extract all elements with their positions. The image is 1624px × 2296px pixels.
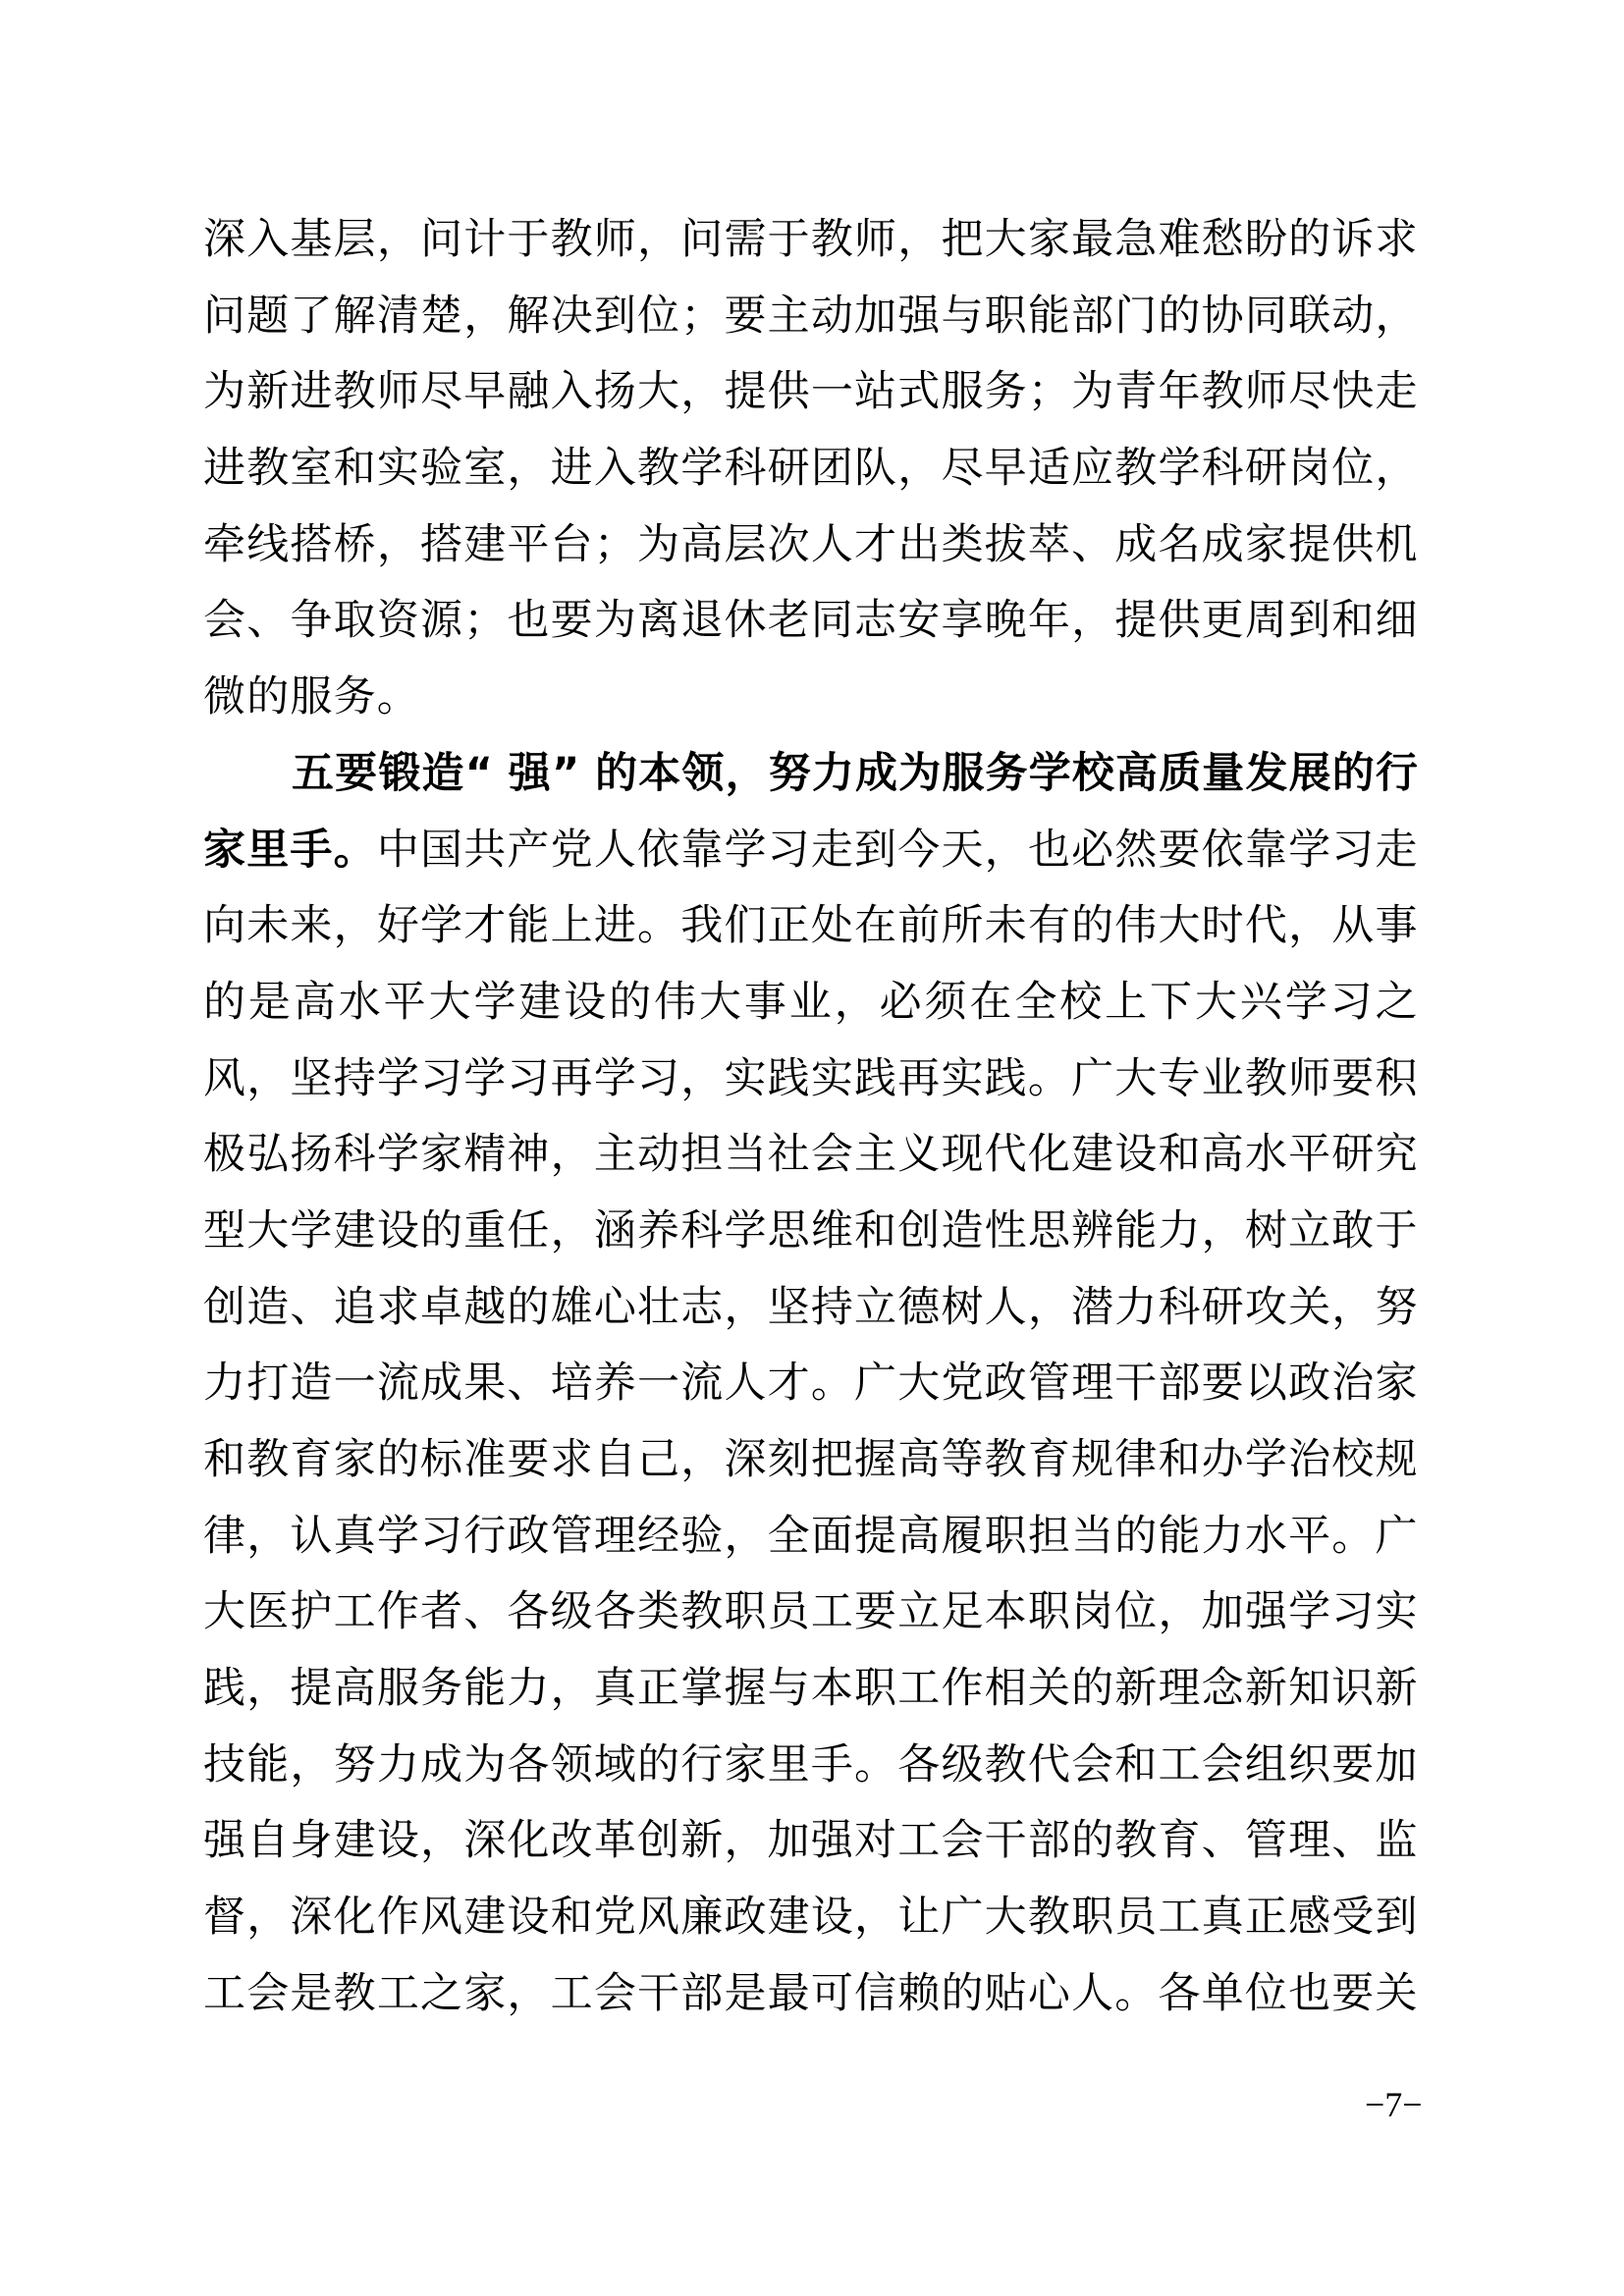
char: 科 — [724, 439, 767, 498]
char: 养 — [594, 1354, 637, 1413]
char: 极 — [203, 1125, 246, 1184]
char: 进 — [594, 896, 637, 955]
char: ， — [290, 1735, 333, 1794]
char: 科 — [1202, 439, 1245, 498]
char: 青 — [1114, 362, 1158, 421]
text-line: 风，坚持学习学习再学习，实践实践再实践。广大专业教师要积 — [203, 1049, 1419, 1126]
char: 实 — [811, 1049, 854, 1108]
char: 教 — [246, 1430, 290, 1489]
text-line: 牵线搭桥，搭建平台；为高层次人才出类拔萃、成名成家提供机 — [203, 515, 1419, 592]
char: ， — [897, 439, 941, 498]
char: 学 — [463, 1049, 507, 1108]
text-line: 强自身建设，深化改革创新，加强对工会干部的教育、管理、监 — [203, 1811, 1419, 1888]
char: 践 — [854, 1049, 897, 1108]
char: 计 — [463, 210, 507, 269]
char: 人 — [1071, 1964, 1114, 2023]
char: 教 — [1245, 1049, 1288, 1108]
char: 加 — [1375, 1735, 1418, 1794]
char: 工 — [203, 1964, 246, 2023]
char: 成 — [1114, 515, 1158, 574]
char: 搭 — [420, 515, 463, 574]
char: 各 — [507, 1582, 550, 1641]
char: 念 — [1202, 1659, 1245, 1718]
char: 在 — [854, 896, 897, 955]
char: 为 — [463, 1735, 507, 1794]
bold-char: 展 — [1289, 744, 1332, 803]
char: ， — [724, 1811, 767, 1870]
char: 习 — [1331, 1582, 1375, 1641]
char: 部 — [1071, 287, 1114, 346]
char: 型 — [203, 1201, 246, 1260]
paragraph-heading-line: 五要锻造“强”的本领，努力成为服务学校高质量发展的行 — [203, 744, 1419, 821]
char: ， — [680, 1049, 724, 1108]
text-line-content: 风，坚持学习学习再学习，实践实践再实践。广大专业教师要积 — [203, 1049, 1419, 1108]
char: 退 — [680, 591, 724, 650]
char: 天 — [941, 821, 984, 880]
char: 年 — [1028, 591, 1071, 650]
char: 工 — [551, 1964, 594, 2023]
char: 学 — [724, 821, 767, 880]
bold-char: ” — [552, 744, 595, 803]
char: 等 — [941, 1430, 984, 1489]
char: 经 — [637, 1507, 680, 1566]
char: 德 — [897, 1278, 941, 1337]
text-line: 型大学建设的重任，涵养科学思维和创造性思辨能力，树立敢于 — [203, 1201, 1419, 1278]
char: 设 — [507, 1888, 550, 1947]
char: 们 — [724, 896, 767, 955]
bold-char: 的 — [595, 744, 638, 803]
char: 提 — [854, 1507, 897, 1566]
char: ， — [1331, 1278, 1375, 1337]
bold-char: 五 — [292, 744, 335, 803]
char: 和 — [203, 1430, 246, 1489]
char: 应 — [1071, 439, 1114, 498]
char: 主 — [854, 1125, 897, 1184]
char: 一 — [811, 362, 854, 421]
char: 最 — [768, 1964, 811, 2023]
char: 平 — [384, 973, 427, 1032]
char: 上 — [551, 896, 594, 955]
char: 须 — [925, 973, 968, 1032]
char: ， — [246, 1659, 290, 1718]
char: 学 — [594, 1049, 637, 1108]
char: 为 — [1071, 362, 1114, 421]
char: 家 — [1375, 1354, 1418, 1413]
bold-char: 量 — [1202, 744, 1245, 803]
char: 和 — [1114, 1735, 1158, 1794]
char: ， — [1288, 896, 1331, 955]
char: 才 — [463, 896, 507, 955]
char: 线 — [246, 515, 290, 574]
char: 来 — [290, 896, 333, 955]
char: 面 — [811, 1507, 854, 1566]
text-line-content: 工会是教工之家，工会干部是最可信赖的贴心人。各单位也要关 — [203, 1964, 1419, 2023]
char: 老 — [768, 591, 811, 650]
text-line-content: 技能，努力成为各领域的行家里手。各级教代会和工会组织要加 — [203, 1735, 1419, 1794]
char: 走 — [811, 821, 854, 880]
char: 理 — [1158, 1659, 1201, 1718]
char: 主 — [768, 287, 811, 346]
char: 力 — [377, 1735, 420, 1794]
char: 兴 — [1240, 973, 1283, 1032]
char: 解 — [507, 287, 550, 346]
char: 职 — [1071, 1888, 1114, 1947]
text-line-content: 的是高水平大学建设的伟大事业，必须在全校上下大兴学习之 — [203, 973, 1419, 1032]
char: 。 — [377, 667, 420, 726]
char: 能 — [1028, 287, 1071, 346]
char: 业 — [1202, 1049, 1245, 1108]
char: 育 — [290, 1430, 333, 1489]
char: 必 — [1071, 821, 1114, 880]
char: 共 — [463, 821, 507, 880]
char: 学 — [377, 1507, 420, 1566]
char: 能 — [463, 1659, 507, 1718]
char: 深 — [290, 1888, 333, 1947]
char: 校 — [1059, 973, 1103, 1032]
char: 干 — [985, 1811, 1028, 1870]
char: 能 — [1114, 1201, 1158, 1260]
char: 工 — [1158, 1888, 1201, 1947]
char: 立 — [897, 1582, 941, 1641]
char: 学 — [420, 896, 463, 955]
text-line: 问题了解清楚，解决到位；要主动加强与职能部门的协同联动， — [203, 287, 1419, 363]
char: 水 — [1245, 1507, 1288, 1566]
char: 要 — [551, 591, 594, 650]
char: 验 — [420, 439, 463, 498]
char: 也 — [1288, 1964, 1331, 2023]
text-line: 工会是教工之家，工会干部是最可信赖的贴心人。各单位也要关 — [203, 1964, 1419, 2041]
char: 里 — [768, 1735, 811, 1794]
char: 在 — [969, 973, 1012, 1032]
char: 休 — [724, 591, 767, 650]
char: 动 — [811, 287, 854, 346]
char: ， — [377, 210, 420, 269]
char: 研 — [1202, 1278, 1245, 1337]
bold-char: 校 — [1072, 744, 1115, 803]
text-line-content: 督，深化作风建设和党风廉政建设，让广大教职员工真正感受到 — [203, 1888, 1419, 1947]
bold-char: 高 — [1115, 744, 1159, 803]
char: 努 — [1375, 1278, 1418, 1337]
char: 部 — [680, 1964, 724, 2023]
text-line: 践，提高服务能力，真正掌握与本职工作相关的新理念新知识新 — [203, 1659, 1419, 1735]
char: 必 — [880, 973, 923, 1032]
char: 于 — [507, 210, 550, 269]
char: 风 — [420, 1888, 463, 1947]
char: 的 — [1158, 287, 1201, 346]
char: ， — [1071, 591, 1114, 650]
char: 入 — [551, 362, 594, 421]
char: 建 — [463, 515, 507, 574]
char: 的 — [1071, 1659, 1114, 1718]
char: 培 — [551, 1354, 594, 1413]
char: 供 — [768, 362, 811, 421]
char: 化 — [507, 1811, 550, 1870]
char: 。 — [1331, 1507, 1375, 1566]
char: 强 — [811, 1811, 854, 1870]
char: 贴 — [985, 1964, 1028, 2023]
char: 需 — [724, 210, 767, 269]
char: 受 — [1331, 1888, 1375, 1947]
char: 加 — [854, 287, 897, 346]
char: 领 — [551, 1735, 594, 1794]
char: 进 — [551, 439, 594, 498]
char: ， — [835, 973, 878, 1032]
bold-char: 服 — [942, 744, 985, 803]
char: 组 — [1245, 1735, 1288, 1794]
text-line-content: 力打造一流成果、培养一流人才。广大党政管理干部要以政治家 — [203, 1354, 1419, 1413]
char: 师 — [1288, 1049, 1331, 1108]
char: 到 — [1375, 1888, 1418, 1947]
char: 到 — [854, 821, 897, 880]
char: 和 — [551, 1888, 594, 1947]
text-line: 律，认真学习行政管理经验，全面提高履职担当的能力水平。广 — [203, 1507, 1419, 1583]
char: 的 — [941, 1964, 984, 2023]
char: 协 — [1202, 287, 1245, 346]
char: 让 — [897, 1888, 941, 1947]
char: 深 — [203, 210, 246, 269]
char: 解 — [334, 287, 377, 346]
char: 要 — [724, 287, 767, 346]
char: 革 — [594, 1811, 637, 1870]
char: 会 — [1071, 1735, 1114, 1794]
char: 安 — [897, 591, 941, 650]
char: 涵 — [594, 1201, 637, 1260]
char: 树 — [941, 1278, 984, 1337]
char: 习 — [1331, 821, 1375, 880]
bold-char: 锻 — [378, 744, 421, 803]
char: 主 — [594, 1125, 637, 1184]
char: 实 — [1375, 1582, 1418, 1641]
char: 楚 — [420, 287, 463, 346]
page-number: −7− — [1365, 2085, 1423, 2124]
char: 学 — [1285, 973, 1328, 1032]
char: 、 — [463, 1582, 507, 1641]
char: 规 — [1071, 1430, 1114, 1489]
char: 赖 — [897, 1964, 941, 2023]
char: 能 — [246, 1735, 290, 1794]
char: 广 — [1375, 1507, 1418, 1566]
char: 教 — [637, 439, 680, 498]
char: 要 — [1158, 821, 1201, 880]
char: 科 — [1158, 1278, 1201, 1337]
char: 员 — [768, 1582, 811, 1641]
char: 教 — [985, 1430, 1028, 1489]
char: 持 — [334, 1049, 377, 1108]
char: 代 — [1245, 896, 1288, 955]
char: 行 — [463, 1507, 507, 1566]
char: 层 — [334, 210, 377, 269]
char: 技 — [203, 1735, 246, 1794]
char: 广 — [941, 1888, 984, 1947]
char: 家 — [334, 1430, 377, 1489]
text-line: 深入基层，问计于教师，问需于教师，把大家最急难愁盼的诉求 — [203, 210, 1419, 287]
char: 的 — [246, 667, 290, 726]
char: 学 — [680, 439, 724, 498]
char: 融 — [507, 362, 550, 421]
char: ， — [551, 1201, 594, 1260]
text-line: 进教室和实验室，进入教学科研团队，尽早适应教学科研岗位， — [203, 439, 1419, 515]
char: 积 — [1375, 1049, 1418, 1108]
char: 人 — [594, 821, 637, 880]
char: 之 — [420, 1964, 463, 2023]
char: 、 — [246, 591, 290, 650]
text-line: 力打造一流成果、培养一流人才。广大党政管理干部要以政治家 — [203, 1354, 1419, 1430]
char: ， — [724, 1278, 767, 1337]
char: 盼 — [1245, 210, 1288, 269]
char: 次 — [768, 515, 811, 574]
char: 的 — [1071, 896, 1114, 955]
bold-char: 强 — [509, 744, 552, 803]
char: 医 — [246, 1582, 290, 1641]
char: 求 — [551, 1430, 594, 1489]
char: 务 — [985, 362, 1028, 421]
char: 从 — [1331, 896, 1375, 955]
char: 大 — [699, 973, 742, 1032]
char: 干 — [1114, 1354, 1158, 1413]
char: 事 — [744, 973, 787, 1032]
char: 高 — [897, 1507, 941, 1566]
char: 专 — [1158, 1049, 1201, 1108]
char: 越 — [463, 1278, 507, 1337]
char: 入 — [246, 210, 290, 269]
char: 造 — [246, 1278, 290, 1337]
char: 各 — [507, 1735, 550, 1794]
char: 社 — [768, 1125, 811, 1184]
char: 岗 — [1071, 1582, 1114, 1641]
char: 再 — [897, 1049, 941, 1108]
char: ， — [985, 821, 1028, 880]
char: 牵 — [203, 515, 246, 574]
char: 适 — [1028, 439, 1071, 498]
char: 中 — [377, 821, 420, 880]
char: 思 — [1028, 1201, 1071, 1260]
char: 依 — [1202, 821, 1245, 880]
char: 正 — [637, 1659, 680, 1718]
char: 育 — [1158, 1811, 1201, 1870]
char: 理 — [1288, 1811, 1331, 1870]
char: ， — [334, 896, 377, 955]
char: 研 — [768, 439, 811, 498]
char: 雄 — [551, 1278, 594, 1337]
char: 学 — [724, 1201, 767, 1260]
char: ； — [680, 287, 724, 346]
char: 强 — [203, 1811, 246, 1870]
char: 建 — [768, 1888, 811, 1947]
char: 担 — [680, 1125, 724, 1184]
char: 教 — [985, 1735, 1028, 1794]
char: 扬 — [594, 362, 637, 421]
char: 廉 — [680, 1888, 724, 1947]
char: 维 — [811, 1201, 854, 1260]
char: 践 — [768, 1049, 811, 1108]
bold-char: “ — [465, 744, 509, 803]
char: 设 — [377, 1811, 420, 1870]
char: 类 — [637, 1582, 680, 1641]
char: 能 — [1158, 1507, 1201, 1566]
char: 创 — [203, 1278, 246, 1337]
char: 关 — [1288, 1278, 1331, 1337]
char: 。 — [1028, 1049, 1071, 1108]
char: 基 — [290, 210, 333, 269]
char: 于 — [768, 210, 811, 269]
char: 正 — [768, 896, 811, 955]
char: 今 — [897, 821, 941, 880]
char: 于 — [1375, 1201, 1418, 1260]
char: 思 — [768, 1201, 811, 1260]
char: 志 — [854, 591, 897, 650]
char: 站 — [854, 362, 897, 421]
char: 践 — [985, 1049, 1028, 1108]
char: 的 — [377, 1430, 420, 1489]
char: 了 — [290, 287, 333, 346]
char: 尽 — [420, 362, 463, 421]
char: ； — [594, 515, 637, 574]
bold-char: 发 — [1245, 744, 1288, 803]
char: 名 — [1158, 515, 1201, 574]
char: 靠 — [1245, 821, 1288, 880]
char: 壮 — [637, 1278, 680, 1337]
char: 伟 — [654, 973, 697, 1032]
char: 清 — [377, 287, 420, 346]
char: 年 — [1158, 362, 1201, 421]
char: 队 — [854, 439, 897, 498]
char: 立 — [854, 1278, 897, 1337]
char: 干 — [637, 1964, 680, 2023]
char: 级 — [551, 1582, 594, 1641]
char: 作 — [941, 1659, 984, 1718]
char: 教 — [1202, 362, 1245, 421]
char: ， — [246, 1507, 290, 1566]
text-line: 的是高水平大学建设的伟大事业，必须在全校上下大兴学习之 — [203, 973, 1419, 1049]
char: 师 — [854, 210, 897, 269]
char: 供 — [1158, 591, 1201, 650]
char: 学 — [1158, 439, 1201, 498]
char: 取 — [334, 591, 377, 650]
char: 位 — [637, 287, 680, 346]
char: 同 — [1245, 287, 1288, 346]
char: 扬 — [290, 1125, 333, 1184]
char: 习 — [768, 821, 811, 880]
char: 室 — [290, 439, 333, 498]
body-text: 深入基层，问计于教师，问需于教师，把大家最急难愁盼的诉求问题了解清楚，解决到位；… — [203, 210, 1419, 2041]
char: 的 — [203, 973, 246, 1032]
char: 现 — [941, 1125, 984, 1184]
char: 求 — [377, 1278, 420, 1337]
char: ， — [1202, 1201, 1245, 1260]
char: 走 — [1375, 362, 1418, 421]
char: 才 — [854, 515, 897, 574]
bold-char: 领 — [681, 744, 725, 803]
char: 职 — [985, 287, 1028, 346]
document-page: 深入基层，问计于教师，问需于教师，把大家最急难愁盼的诉求问题了解清楚，解决到位；… — [0, 0, 1624, 2296]
char: 平 — [1288, 1125, 1331, 1184]
char: 单 — [1202, 1964, 1245, 2023]
text-line-content: 家里手。中国共产党人依靠学习走到今天，也必然要依靠学习走 — [203, 821, 1419, 880]
char: 信 — [854, 1964, 897, 2023]
char: ， — [1375, 287, 1418, 346]
char: 前 — [897, 896, 941, 955]
char: 大 — [429, 973, 472, 1032]
char: 为 — [594, 591, 637, 650]
char: 服 — [290, 667, 333, 726]
char: 出 — [897, 515, 941, 574]
char: 教 — [334, 362, 377, 421]
char: 理 — [1071, 1354, 1114, 1413]
text-line: 为新进教师尽早融入扬大，提供一站式服务；为青年教师尽快走 — [203, 362, 1419, 439]
char: 正 — [1245, 1888, 1288, 1947]
char: 坚 — [290, 1049, 333, 1108]
char: 把 — [811, 1430, 854, 1489]
